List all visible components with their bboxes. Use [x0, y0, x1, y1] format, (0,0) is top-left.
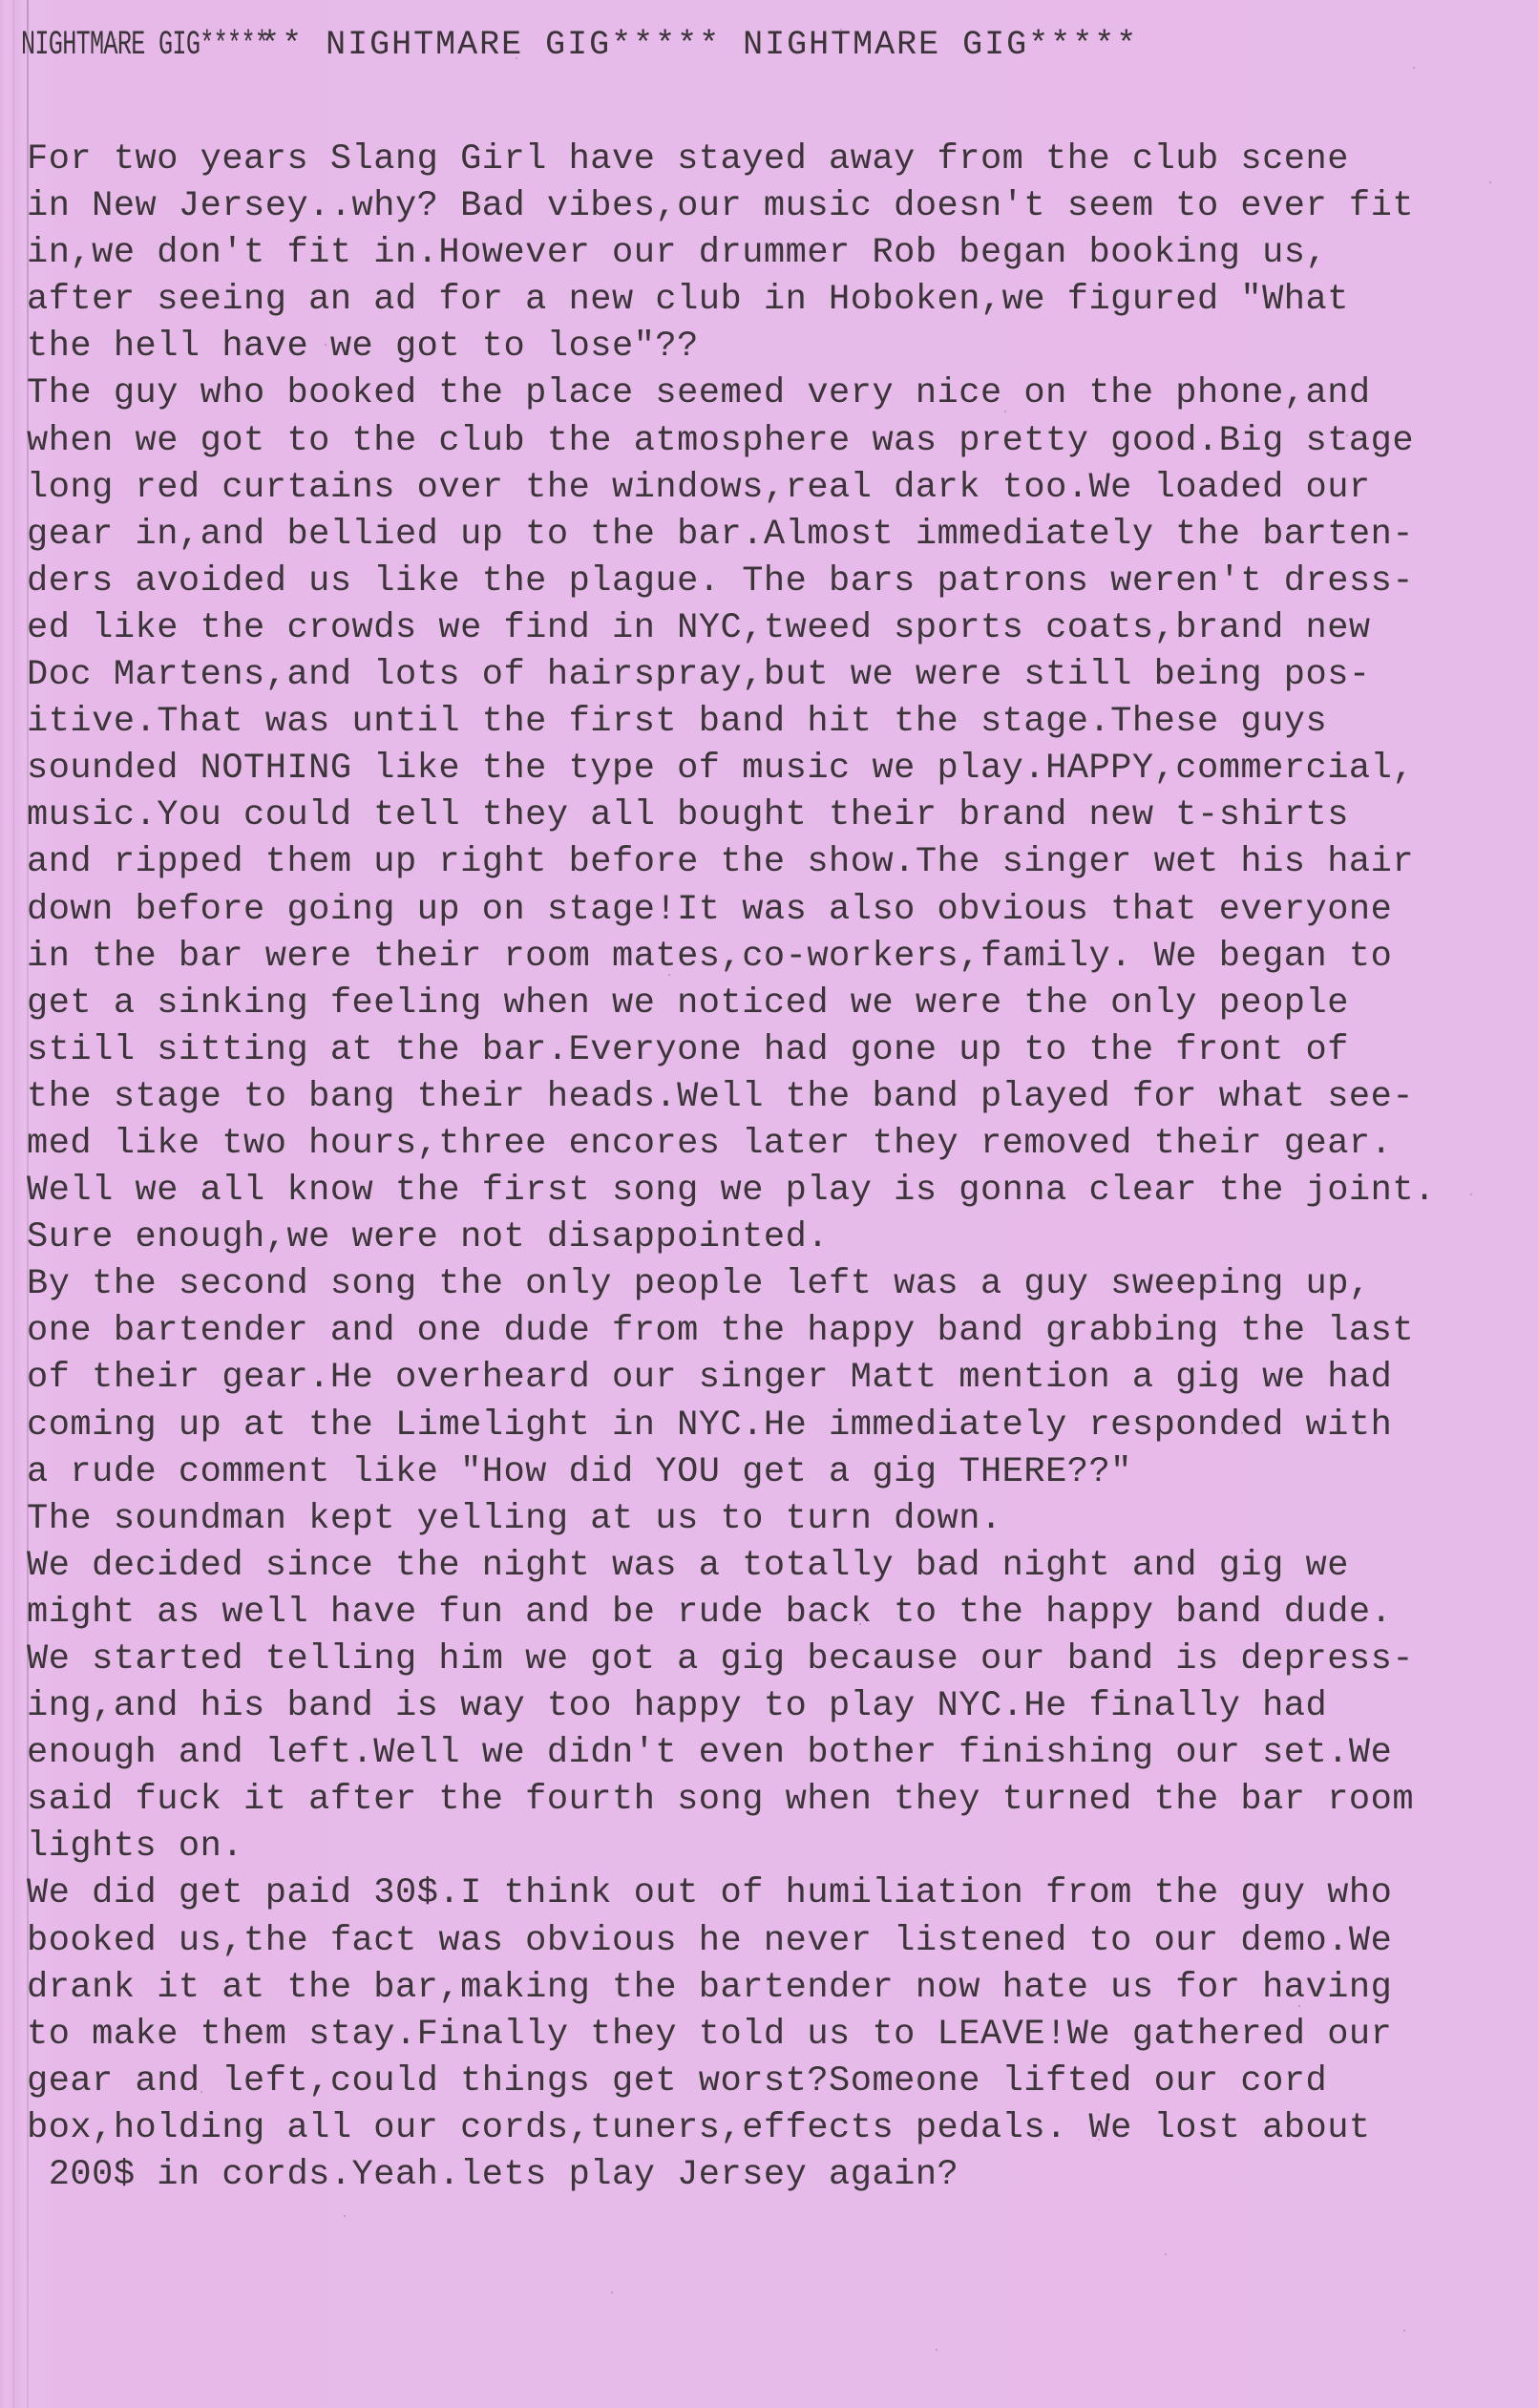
text-line: The guy who booked the place seemed very… [27, 370, 1436, 417]
text-line: itive.That was until the first band hit … [27, 699, 1436, 746]
text-line: still sitting at the bar.Everyone had go… [27, 1027, 1436, 1074]
text-line: a rude comment like "How did YOU get a g… [27, 1449, 1436, 1496]
text-line: gear in,and bellied up to the bar.Almost… [27, 512, 1436, 559]
text-line: We did get paid 30$.I think out of humil… [27, 1870, 1436, 1917]
paper-speck [1346, 434, 1348, 436]
text-line: when we got to the club the atmosphere w… [27, 418, 1436, 465]
text-line: ders avoided us like the plague. The bar… [27, 559, 1436, 605]
paper-speck [1098, 2139, 1100, 2141]
text-line: enough and left.Well we didn't even both… [27, 1730, 1436, 1777]
text-line: in the bar were their room mates,co-work… [27, 934, 1436, 981]
text-line: said fuck it after the fourth song when … [27, 1777, 1436, 1824]
text-line: We started telling him we got a gig beca… [27, 1637, 1436, 1683]
text-line: med like two hours,three encores later t… [27, 1121, 1436, 1168]
paper-speck [668, 974, 670, 976]
text-line: long red curtains over the windows,real … [27, 465, 1436, 512]
paper-speck [401, 1413, 403, 1415]
text-line: and ripped them up right before the show… [27, 839, 1436, 886]
text-line: 200$ in cords.Yeah.lets play Jersey agai… [27, 2152, 1436, 2199]
text-line: get a sinking feeling when we noticed we… [27, 981, 1436, 1027]
text-line: lights on. [27, 1824, 1436, 1870]
paper-speck [1489, 181, 1491, 183]
text-line: the stage to bang their heads.Well the b… [27, 1074, 1436, 1121]
zine-page: NIGHTMARE GIG******* NIGHTMARE GIG***** … [0, 0, 1538, 2408]
text-line: music.You could tell they all bought the… [27, 792, 1436, 839]
paper-speck [1298, 2005, 1300, 2007]
paper-speck [936, 2349, 938, 2351]
paper-speck [115, 38, 116, 40]
text-line: We decided since the night was a totally… [27, 1543, 1436, 1590]
text-line: Well we all know the first song we play … [27, 1168, 1436, 1215]
paper-edge-crease [13, 0, 14, 2408]
text-line: sounded NOTHING like the type of music w… [27, 746, 1436, 792]
paper-speck [1413, 67, 1415, 69]
text-line: down before going up on stage!It was als… [27, 887, 1436, 934]
text-line: the hell have we got to lose"?? [27, 324, 1436, 370]
text-line: coming up at the Limelight in NYC.He imm… [27, 1403, 1436, 1449]
text-line: Doc Martens,and lots of hairspray,but we… [27, 652, 1436, 699]
text-line: booked us,the fact was obvious he never … [27, 1918, 1436, 1965]
text-line: after seeing an ad for a new club in Hob… [27, 277, 1436, 324]
paper-speck [1470, 1193, 1472, 1195]
title-part-rest: ** NIGHTMARE GIG***** NIGHTMARE GIG***** [260, 26, 1138, 64]
text-line: of their gear.He overheard our singer Ma… [27, 1355, 1436, 1402]
text-line: The soundman kept yelling at us to turn … [27, 1496, 1436, 1543]
text-line: in New Jersey..why? Bad vibes,our music … [27, 183, 1436, 230]
paper-speck [1004, 411, 1006, 412]
paper-speck [840, 29, 842, 31]
text-line: Sure enough,we were not disappointed. [27, 1215, 1436, 1261]
text-line: in,we don't fit in.However our drummer R… [27, 230, 1436, 277]
paper-speck [1165, 2253, 1167, 2255]
text-line: one bartender and one dude from the happ… [27, 1308, 1436, 1355]
text-line: drank it at the bar,making the bartender… [27, 1965, 1436, 2012]
paper-speck [1403, 2330, 1405, 2332]
article-body: For two years Slang Girl have stayed awa… [27, 137, 1436, 2199]
text-line: gear and left,could things get worst?Som… [27, 2059, 1436, 2105]
text-line: ed like the crowds we find in NYC,tweed … [27, 605, 1436, 652]
paper-speck [516, 57, 517, 59]
title-part-cramped: NIGHTMARE GIG***** [21, 29, 268, 62]
page-title: NIGHTMARE GIG******* NIGHTMARE GIG***** … [21, 29, 1138, 62]
text-line: ing,and his band is way too happy to pla… [27, 1683, 1436, 1730]
text-line: to make them stay.Finally they told us t… [27, 2012, 1436, 2059]
paper-speck [200, 2091, 202, 2093]
paper-speck [1241, 1432, 1243, 1434]
paper-speck [325, 344, 327, 346]
text-line: box,holding all our cords,tuners,effects… [27, 2105, 1436, 2152]
paper-speck [611, 2292, 613, 2293]
text-line: might as well have fun and be rude back … [27, 1590, 1436, 1637]
paper-speck [162, 1127, 164, 1129]
paper-speck [344, 2215, 346, 2217]
paper-speck [859, 1623, 861, 1625]
text-line: By the second song the only people left … [27, 1261, 1436, 1308]
text-line: For two years Slang Girl have stayed awa… [27, 137, 1436, 183]
